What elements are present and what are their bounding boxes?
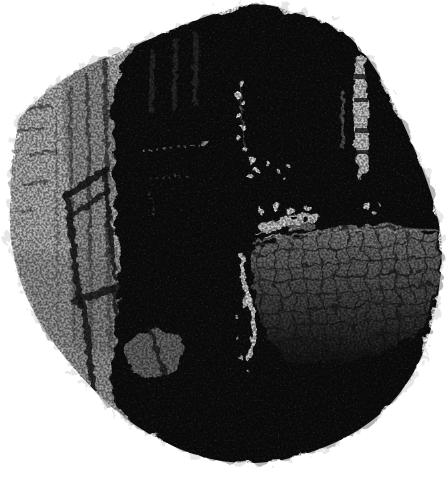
engraving-illustration <box>0 0 446 477</box>
engraving-figure <box>0 0 446 477</box>
